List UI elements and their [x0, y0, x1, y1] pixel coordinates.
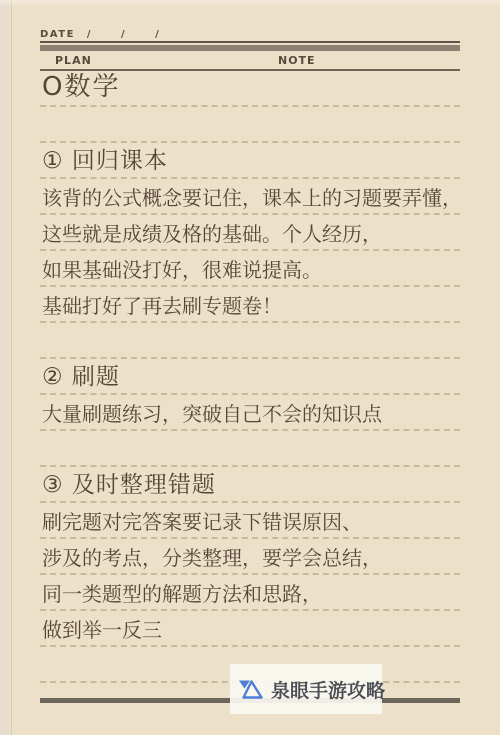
- note-line: 涉及的考点，分类整理，要学会总结，: [40, 539, 460, 575]
- note-line: 基础打好了再去刷专题卷！: [40, 287, 460, 323]
- note-line-text: 基础打好了再去刷专题卷！: [40, 290, 282, 321]
- column-header-plan: PLAN: [55, 54, 92, 67]
- note-line-text: 刷完题对完答案要记录下错误原因、: [40, 506, 362, 537]
- watermark-badge: 泉眼手游攻略: [230, 664, 382, 714]
- note-line-text: 大量刷题练习，突破自己不会的知识点: [40, 398, 382, 429]
- watermark-text: 泉眼手游攻略: [271, 676, 385, 703]
- note-line: ③ 及时整理错题: [40, 467, 460, 503]
- column-header-row: PLAN NOTE: [40, 51, 460, 71]
- note-line: 该背的公式概念要记住，课本上的习题要弄懂，: [40, 179, 460, 215]
- note-line: 刷完题对完答案要记录下错误原因、: [40, 503, 460, 539]
- note-line: 大量刷题练习，突破自己不会的知识点: [40, 395, 460, 431]
- note-line-text: ② 刷题: [40, 358, 120, 393]
- note-line-text: 这些就是成绩及格的基础。个人经历，: [40, 218, 382, 249]
- note-line: 这些就是成绩及格的基础。个人经历，: [40, 215, 460, 251]
- note-line-text: 涉及的考点，分类整理，要学会总结，: [40, 542, 382, 573]
- note-lines: O数学 ① 回归课本 该背的公式概念要记住，课本上的习题要弄懂， 这些就是成绩及…: [40, 71, 460, 683]
- date-label: DATE: [40, 29, 75, 40]
- date-slashes: / / /: [87, 29, 164, 40]
- note-line: 同一类题型的解题方法和思路，: [40, 575, 460, 611]
- note-line-text: ① 回归课本: [40, 142, 168, 177]
- note-line: [40, 431, 460, 467]
- note-line: [40, 323, 460, 359]
- note-line: O数学: [40, 71, 460, 107]
- note-line: 如果基础没打好，很难说提高。: [40, 251, 460, 287]
- note-line: [40, 107, 460, 143]
- quanyan-logo-icon: [238, 676, 264, 702]
- notebook-page: DATE / / / PLAN NOTE O数学 ① 回归课本 该背的公式概念要…: [0, 0, 500, 735]
- page-top-edge: [0, 0, 500, 7]
- note-line-text: 做到举一反三: [40, 614, 162, 645]
- note-line-text: 如果基础没打好，很难说提高。: [40, 254, 322, 285]
- column-header-note: NOTE: [278, 54, 316, 67]
- page-content: DATE / / / PLAN NOTE O数学 ① 回归课本 该背的公式概念要…: [40, 26, 460, 683]
- page-left-edge: [0, 0, 12, 735]
- note-line: ① 回归课本: [40, 143, 460, 179]
- note-line-text: 同一类题型的解题方法和思路，: [40, 578, 322, 609]
- note-line-text: 该背的公式概念要记住，课本上的习题要弄懂，: [40, 182, 462, 213]
- date-field: DATE / / /: [40, 26, 460, 43]
- note-line: 做到举一反三: [40, 611, 460, 647]
- note-line-text: O数学: [40, 66, 120, 105]
- note-line-text: ③ 及时整理错题: [40, 466, 216, 501]
- note-line: ② 刷题: [40, 359, 460, 395]
